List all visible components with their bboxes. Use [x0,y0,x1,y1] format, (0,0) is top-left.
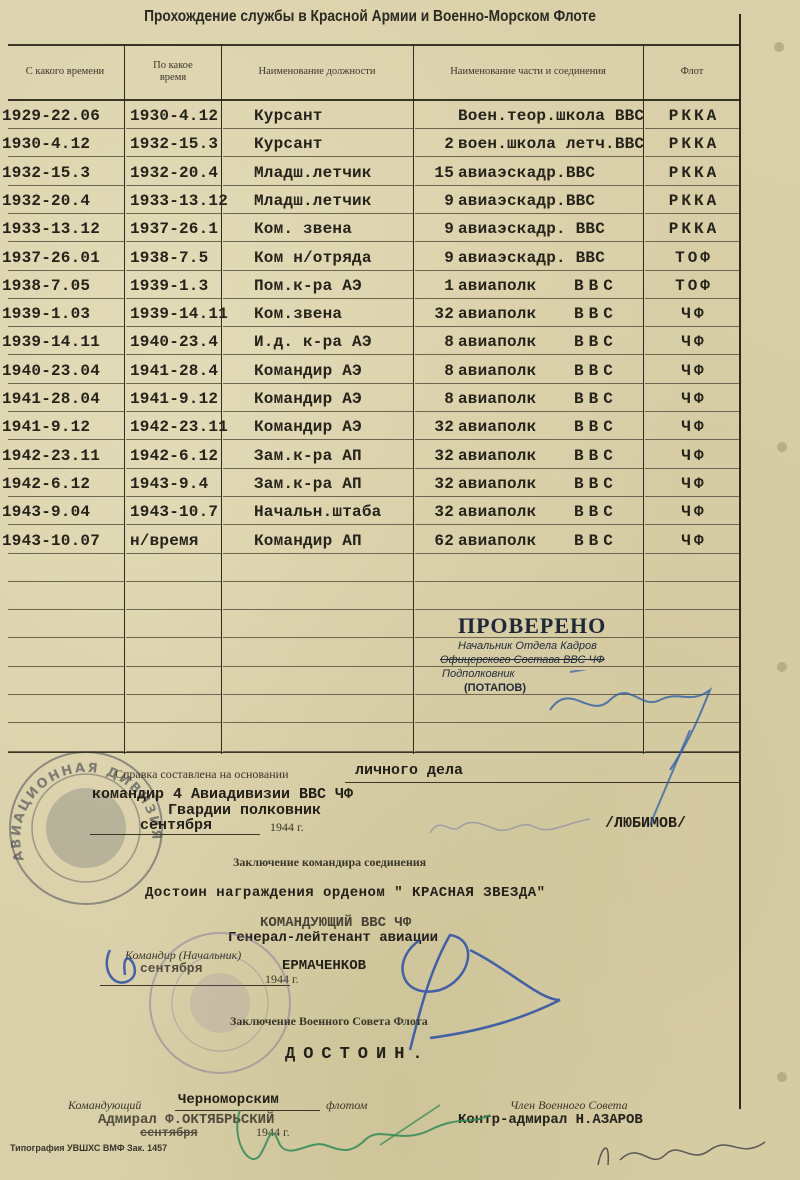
cell-from: 1943-9.04 [2,497,122,525]
basis-date-underline [90,834,260,835]
cell-from: 1937-26.01 [2,243,122,271]
cell-unit-number: 9 [418,186,454,214]
cell-from: 1932-20.4 [2,186,122,214]
cell-unit-branch [574,101,646,129]
header-position: Наименование должности [222,46,412,98]
cell-to: 1941-9.12 [130,384,226,412]
row-rule [223,722,413,723]
cell-fleet: ЧФ [648,412,740,440]
cell-fleet: ЧФ [648,327,740,355]
cell-from: 1938-7.05 [2,271,122,299]
cell-unit-branch: ВВС [574,497,646,525]
row-rule [223,609,413,610]
cell-from: 1939-14.11 [2,327,122,355]
cell-from: 1932-15.3 [2,158,122,186]
table-row: 1939-1.031939-14.11Ком.звена32авиаполкВВ… [0,299,740,327]
verified-line2: Офицерского Состава ВВС ЧФ [440,653,680,667]
cell-to: 1937-26.1 [130,214,226,242]
table-row: 1932-15.31932-20.4Младш.летчик15авиаэска… [0,158,740,186]
cell-to: 1943-10.7 [130,497,226,525]
cell-unit-name: авиаполк [458,384,576,412]
basis-year-value: 1944 [270,820,294,834]
row-rule [8,694,124,695]
cell-fleet: ЧФ [648,497,740,525]
cell-fleet: ЧФ [648,299,740,327]
commander-month: сентября [140,961,202,976]
council-conclusion-text: ДОСТОИН. [285,1045,431,1064]
cell-from: 1940-23.04 [2,356,122,384]
cell-fleet: ТОФ [648,243,740,271]
cell-unit-number: 8 [418,327,454,355]
row-rule [126,722,221,723]
row-rule [645,722,739,723]
section-divider [8,752,740,753]
table-row: 1942-6.121943-9.4Зам.к-ра АП32авиаполкВВ… [0,469,740,497]
cell-unit-number: 32 [418,497,454,525]
cell-to: 1938-7.5 [130,243,226,271]
verified-line1: Начальник Отдела Кадров [458,639,680,653]
cell-to: 1939-1.3 [130,271,226,299]
cell-position: Курсант [230,129,415,157]
cell-unit-name: авиаэскадр.ВВС [458,186,576,214]
cell-fleet: РККА [648,129,740,157]
cell-unit-name: Воен.теор.школа ВВС [458,101,576,129]
fleet-year: 1944 г. [256,1125,290,1140]
fleet-year-value: 1944 [256,1125,280,1139]
cell-unit-branch: ВВС [574,356,646,384]
cell-unit-number: 8 [418,356,454,384]
row-rule [223,694,413,695]
fleet-label: флотом [326,1098,367,1113]
cell-fleet: РККА [648,186,740,214]
row-rule [8,722,124,723]
council-member-name: Контр-адмирал Н.АЗАРОВ [458,1112,643,1128]
cell-to: 1933-13.12 [130,186,226,214]
row-rule [8,609,124,610]
table-row: 1941-9.121942-23.11Командир АЭ32авиаполк… [0,412,740,440]
council-conclusion-heading: Заключение Военного Совета Флота [230,1014,428,1029]
cell-unit-branch [574,186,646,214]
cell-unit-name: авиаполк [458,441,576,469]
cell-unit-branch: ВВС [574,299,646,327]
cell-to: 1930-4.12 [130,101,226,129]
cell-to: 1932-20.4 [130,158,226,186]
cell-position: Младш.летчик [230,158,415,186]
row-rule [415,722,643,723]
table-row: 1932-20.41933-13.12Младш.летчик9авиаэска… [0,186,740,214]
table-row: 1929-22.061930-4.12КурсантВоен.теор.школ… [0,101,740,129]
cell-position: Командир АП [230,526,415,554]
commander-signer-title: КОМАНДУЮЩИЙ ВВС ЧФ [260,915,411,931]
punch-hole-icon [775,1070,789,1084]
cell-unit-name: авиаполк [458,356,576,384]
cell-unit-name: авиаэскадр. ВВС [458,214,576,242]
cell-unit-branch: ВВС [574,412,646,440]
cell-unit-branch: ВВС [574,271,646,299]
cell-unit-number: 32 [418,299,454,327]
cell-to: 1942-6.12 [130,441,226,469]
cell-unit-name: авиаполк [458,526,576,554]
cell-unit-branch [574,214,646,242]
signature-lyubimov-icon [420,805,600,845]
cell-unit-branch [574,243,646,271]
cell-to: н/время [130,526,226,554]
header-fleet: Флот [644,46,740,98]
cell-fleet: ЧФ [648,441,740,469]
fleet-name: Черноморским [178,1092,279,1108]
table-row: 1939-14.111940-23.4И.д. к-ра АЭ8авиаполк… [0,327,740,355]
header-to: По какое время [140,46,206,98]
cell-to: 1942-23.11 [130,412,226,440]
header-from: С какого времени [6,46,124,98]
row-rule [415,609,643,610]
cell-unit-name: авиаполк [458,497,576,525]
cell-unit-number: 8 [418,384,454,412]
cell-position: Командир АЭ [230,384,415,412]
cell-to: 1932-15.3 [130,129,226,157]
row-rule [8,666,124,667]
basis-label: Справка составлена на основании [115,767,289,782]
commander-year-suffix: г. [292,972,299,986]
cell-unit-number: 62 [418,526,454,554]
cell-from: 1941-9.12 [2,412,122,440]
cell-fleet: ЧФ [648,356,740,384]
cell-fleet: ЧФ [648,526,740,554]
cell-position: Ком н/отряда [230,243,415,271]
basis-value: личного дела [355,762,463,779]
basis-year: 1944 г. [270,820,304,835]
row-rule [8,637,124,638]
row-rule [223,581,413,582]
cell-position: Пом.к-ра АЭ [230,271,415,299]
cell-from: 1942-23.11 [2,441,122,469]
row-rule [8,581,124,582]
cell-position: И.д. к-ра АЭ [230,327,415,355]
punch-hole-icon [775,660,789,674]
cell-position: Ком. звена [230,214,415,242]
cell-unit-branch: ВВС [574,469,646,497]
cell-fleet: ЧФ [648,384,740,412]
cell-to: 1941-28.4 [130,356,226,384]
cell-position: Зам.к-ра АП [230,441,415,469]
table-row: 1942-23.111942-6.12Зам.к-ра АП32авиаполк… [0,441,740,469]
cell-position: Ком.звена [230,299,415,327]
row-rule [645,581,739,582]
row-rule [126,666,221,667]
fleet-name-underline [175,1110,320,1111]
signature-azarov-icon [590,1130,790,1175]
commander-date-underline [100,985,290,986]
commander-year: 1944 г. [265,972,299,987]
cell-fleet: ЧФ [648,469,740,497]
cell-unit-branch: ВВС [574,327,646,355]
printer-info: Типография УВШХС ВМФ Зак. 1457 [10,1143,167,1153]
cell-from: 1933-13.12 [2,214,122,242]
table-row: 1933-13.121937-26.1Ком. звена9авиаэскадр… [0,214,740,242]
verified-heading: ПРОВЕРЕНО [458,613,680,639]
page-title: Прохождение службы в Красной Армии и Вое… [52,8,688,26]
fleet-month: сентября [140,1126,198,1140]
cell-unit-name: авиаполк [458,299,576,327]
cell-to: 1940-23.4 [130,327,226,355]
cell-unit-branch [574,129,646,157]
table-row: 1941-28.041941-9.12Командир АЭ8авиаполкВ… [0,384,740,412]
cell-unit-number: 1 [418,271,454,299]
cell-unit-name: воен.школа летч.ВВС [458,129,576,157]
cell-position: Курсант [230,101,415,129]
cell-fleet: ТОФ [648,271,740,299]
cell-to: 1939-14.11 [130,299,226,327]
cell-unit-branch [574,158,646,186]
table-row: 1943-10.07н/времяКомандир АП62авиаполкВВ… [0,526,740,554]
verified-line3: Подполковник [442,667,680,681]
row-rule [645,609,739,610]
cell-from: 1939-1.03 [2,299,122,327]
punch-hole-icon [775,440,789,454]
cell-unit-number: 32 [418,469,454,497]
basis-signer-title: командир 4 Авиадивизии ВВС ЧФ [92,786,353,803]
verified-stamp: ПРОВЕРЕНО Начальник Отдела Кадров Офицер… [440,613,680,695]
cell-to: 1943-9.4 [130,469,226,497]
cell-unit-number: 2 [418,129,454,157]
punch-hole-icon [772,40,786,54]
table-row: 1937-26.011938-7.5Ком н/отряда9авиаэскад… [0,243,740,271]
row-rule [126,609,221,610]
cell-unit-name: авиаэскадр. ВВС [458,243,576,271]
cell-from: 1941-28.04 [2,384,122,412]
cell-unit-branch: ВВС [574,441,646,469]
cell-from: 1930-4.12 [2,129,122,157]
row-rule [126,637,221,638]
cell-from: 1943-10.07 [2,526,122,554]
cell-position: Командир АЭ [230,356,415,384]
cell-position: Командир АЭ [230,412,415,440]
commander-conclusion-heading: Заключение командира соединения [233,855,426,870]
row-rule [126,581,221,582]
cell-position: Зам.к-ра АП [230,469,415,497]
basis-underline [345,782,740,783]
cell-unit-number [418,101,454,129]
council-member-label: Член Военного Совета [510,1098,628,1113]
cell-unit-name: авиаэскадр.ВВС [458,158,576,186]
cell-fleet: РККА [648,158,740,186]
fleet-year-suffix: г. [283,1125,290,1139]
cell-from: 1929-22.06 [2,101,122,129]
cell-fleet: РККА [648,214,740,242]
table-row: 1938-7.051939-1.3Пом.к-ра АЭ1авиаполкВВС… [0,271,740,299]
commander-conclusion-text: Достоин награждения орденом " КРАСНАЯ ЗВ… [145,885,546,901]
cell-from: 1942-6.12 [2,469,122,497]
header-unit: Наименование части и соединения [414,46,642,98]
commander-signer-rank: Генерал-лейтенант авиации [228,930,438,946]
cell-unit-name: авиаполк [458,271,576,299]
cell-unit-number: 32 [418,441,454,469]
cell-unit-branch: ВВС [574,526,646,554]
cell-unit-name: авиаполк [458,469,576,497]
cell-unit-number: 9 [418,243,454,271]
basis-month: сентября [140,817,212,834]
cell-unit-name: авиаполк [458,327,576,355]
cell-unit-name: авиаполк [458,412,576,440]
cell-unit-branch: ВВС [574,384,646,412]
row-rule [126,694,221,695]
cell-fleet: РККА [648,101,740,129]
basis-year-suffix: г. [297,820,304,834]
cell-unit-number: 9 [418,214,454,242]
cell-position: Младш.летчик [230,186,415,214]
table-row: 1930-4.121932-15.3Курсант2воен.школа лет… [0,129,740,157]
commander-year-value: 1944 [265,972,289,986]
cell-position: Начальн.штаба [230,497,415,525]
fleet-commander-label: Командующий [68,1098,141,1113]
table-row: 1943-9.041943-10.7Начальн.штаба32авиапол… [0,497,740,525]
cell-unit-number: 15 [418,158,454,186]
row-rule [223,637,413,638]
cell-unit-number: 32 [418,412,454,440]
row-rule [223,666,413,667]
row-rule [415,581,643,582]
table-row: 1940-23.041941-28.4Командир АЭ8авиаполкВ… [0,356,740,384]
basis-signer-name: /ЛЮБИМОВ/ [605,815,686,832]
verified-line4: (ПОТАПОВ) [464,681,680,695]
